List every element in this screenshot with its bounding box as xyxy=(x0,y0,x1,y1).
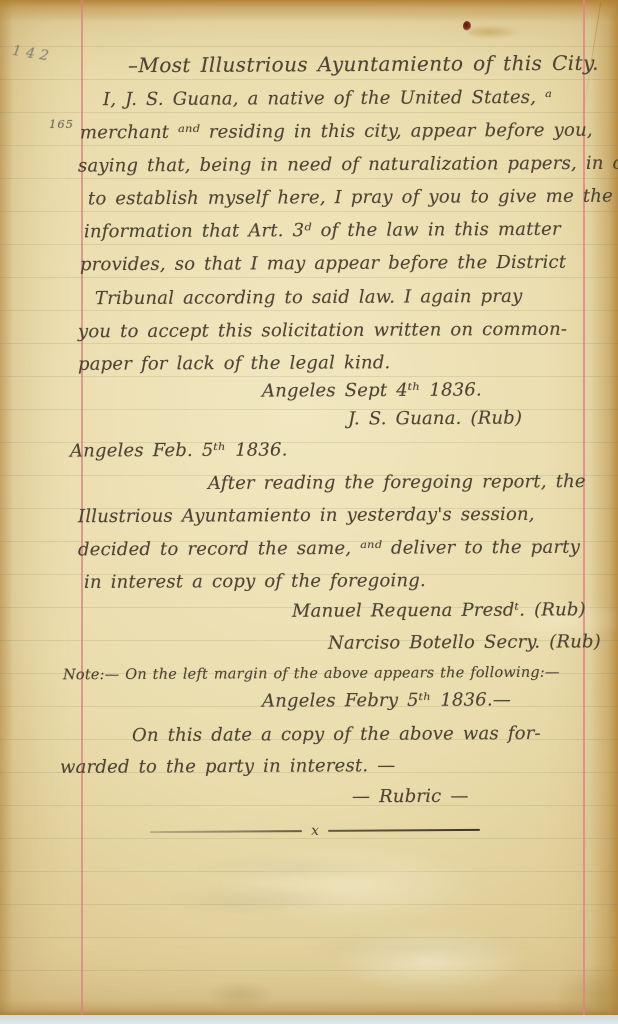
dateline-febry: Angeles Febry 5ᵗʰ 1836.— xyxy=(262,689,511,713)
manuscript-line: in interest a copy of the foregoing. xyxy=(84,570,426,594)
scanned-document: 142 165 –Most Illustrious Ayuntamiento o… xyxy=(0,0,618,1024)
rubric-line: — Rubric — xyxy=(352,786,469,809)
divider-right-stroke xyxy=(328,829,480,832)
dateline-feb: Angeles Feb. 5ᵗʰ 1836. xyxy=(70,439,288,463)
ink-stain-smear xyxy=(468,25,520,39)
manuscript-line: After reading the foregoing report, the xyxy=(208,471,586,495)
signature-guana: J. S. Guana. (Rub) xyxy=(348,408,522,431)
closing-divider: x xyxy=(150,823,480,839)
manuscript-line: you to accept this solicitation written … xyxy=(78,319,567,344)
divider-left-stroke xyxy=(150,830,302,833)
manuscript-line: information that Art. 3ᵈ of the law in t… xyxy=(84,219,561,244)
manuscript-line: saying that, being in need of naturaliza… xyxy=(78,152,618,178)
manuscript-line: decided to record the same, ᵃⁿᵈ deliver … xyxy=(78,537,580,562)
dateline-sept: Angeles Sept 4ᵗʰ 1836. xyxy=(262,379,482,403)
ink-stain-dot xyxy=(463,21,471,31)
signature-requena: Manuel Requena Presdᵗ. (Rub) xyxy=(292,599,586,623)
scan-background-strip xyxy=(0,1015,618,1024)
manuscript-line: On this date a copy of the above was for… xyxy=(132,723,541,748)
signature-botello: Narciso Botello Secry. (Rub) xyxy=(328,631,601,655)
pencil-entry-number: 165 xyxy=(49,117,74,131)
manuscript-line: Tribunal according to said law. I again … xyxy=(95,286,523,311)
manuscript-line: warded to the party in interest. — xyxy=(60,755,396,779)
manuscript-line: provides, so that I may appear before th… xyxy=(80,252,566,277)
manuscript-line: paper for lack of the legal kind. xyxy=(78,352,391,376)
manuscript-line: I, J. S. Guana, a native of the United S… xyxy=(103,87,552,112)
pencil-page-number: 142 xyxy=(11,43,55,65)
note-line: Note:— On the left margin of the above a… xyxy=(63,664,560,685)
manuscript-line: to establish myself here, I pray of you … xyxy=(88,186,613,211)
title-line: –Most Illustrious Ayuntamiento of this C… xyxy=(128,51,599,78)
manuscript-line: merchant ᵃⁿᵈ residing in this city, appe… xyxy=(80,120,593,145)
manuscript-page: 142 165 –Most Illustrious Ayuntamiento o… xyxy=(0,0,618,1015)
divider-x-glyph: x xyxy=(302,824,328,838)
manuscript-line: Illustrious Ayuntamiento in yesterday's … xyxy=(78,504,535,529)
